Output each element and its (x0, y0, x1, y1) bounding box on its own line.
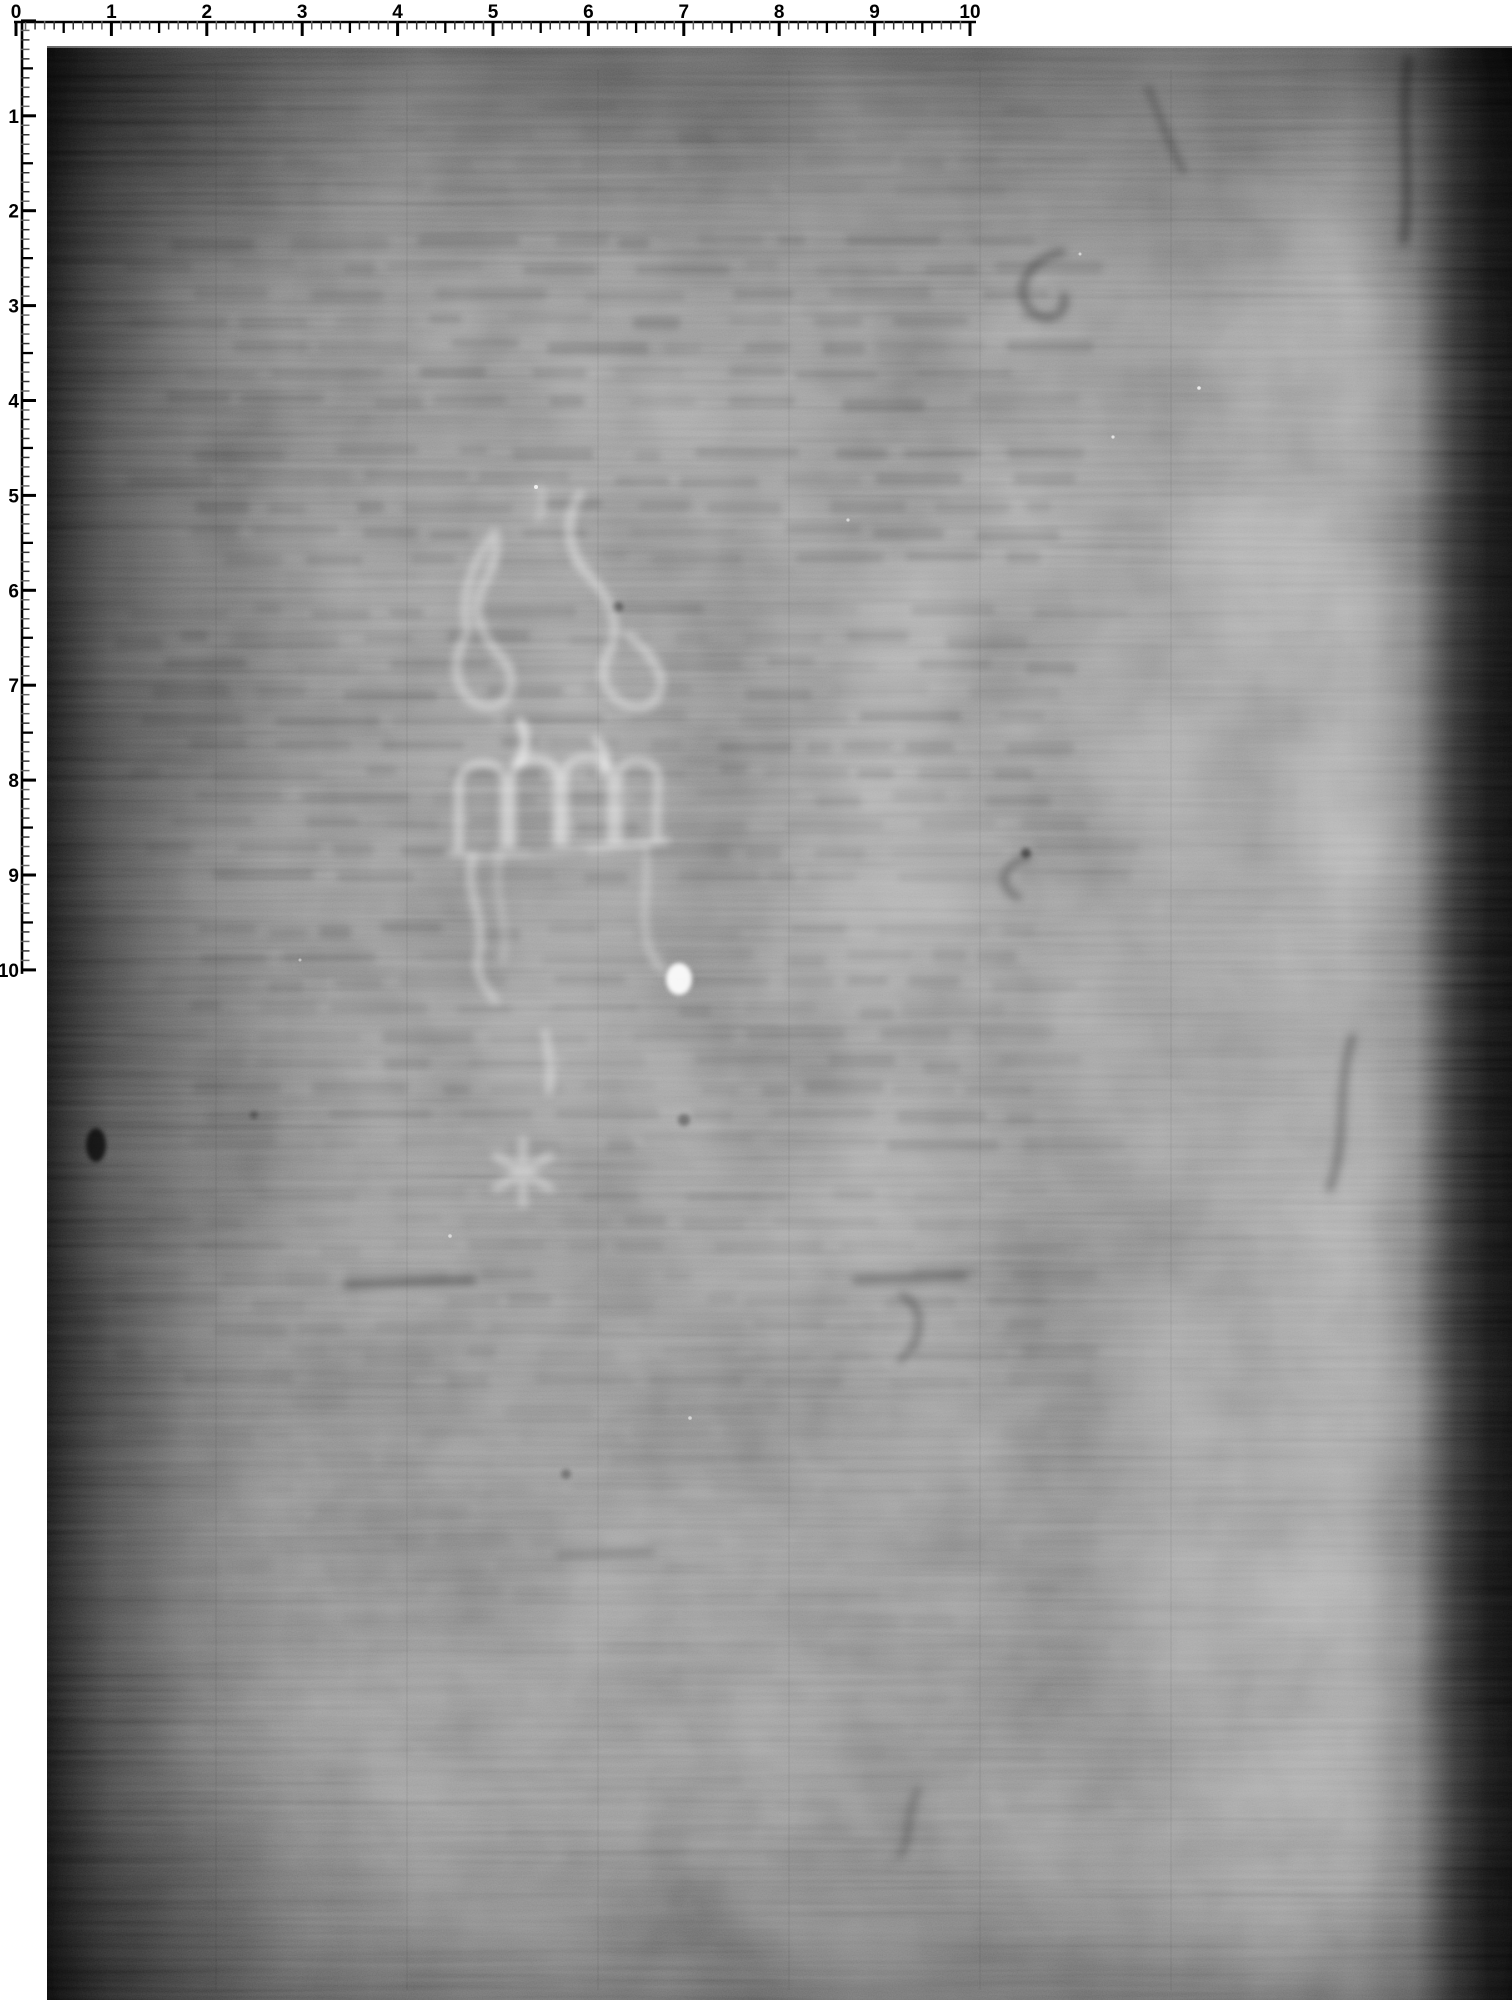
ghost-text-row (118, 1271, 191, 1279)
ghost-text-row (276, 739, 352, 749)
ghost-text-row (459, 446, 487, 455)
ghost-text-row (986, 1296, 1045, 1304)
ghost-text-row (270, 184, 320, 194)
ghost-text-row (768, 1853, 862, 1863)
ghost-text-row (992, 981, 1077, 990)
ghost-text-row (792, 1744, 885, 1757)
ghost-text-row (846, 950, 911, 960)
ghost-text-row (509, 1829, 609, 1839)
ghost-text-row (295, 1399, 347, 1408)
ghost-text-row (230, 259, 293, 268)
ghost-text-row (1018, 869, 1129, 880)
ghost-text-row (390, 660, 490, 669)
ghost-text-row (502, 1453, 602, 1464)
ghost-text-row (360, 154, 404, 164)
ghost-text-row (902, 1506, 973, 1517)
ghost-text-row (769, 1109, 874, 1119)
ghost-text-row (374, 1320, 473, 1330)
ghost-text-row (214, 869, 313, 880)
ghost-text-row (381, 922, 442, 932)
ghost-text-row (230, 1854, 263, 1863)
ghost-text-row (834, 1352, 871, 1362)
ghost-text-row (433, 794, 537, 807)
ghost-text-row (719, 1642, 775, 1654)
ghost-text-row (383, 1457, 493, 1468)
ghost-text-row (769, 869, 795, 881)
ghost-text-row (477, 605, 576, 617)
ruler-label: 1 (106, 2, 117, 23)
ghost-text-row (287, 1827, 368, 1838)
ghost-text-row (212, 1747, 307, 1755)
ghost-text-row (587, 1271, 654, 1282)
ghost-text-row (896, 186, 1007, 197)
ghost-text-row (1007, 340, 1094, 352)
ghost-text-row (325, 1564, 390, 1575)
ghost-text-row (846, 234, 940, 246)
ghost-text-row (692, 1109, 733, 1121)
ghost-text-row (861, 1320, 918, 1330)
ghost-text-row (514, 159, 573, 168)
ghost-text-row (353, 1692, 399, 1704)
ghost-text-row (520, 1432, 624, 1443)
ghost-text-row (411, 554, 456, 565)
ghost-text-row (841, 1241, 914, 1249)
ruler-label: 2 (8, 202, 19, 223)
ghost-text-row (487, 686, 563, 697)
ghost-text-row (141, 714, 244, 726)
ghost-text-row (707, 502, 781, 514)
ghost-text-row (335, 979, 382, 989)
ghost-text-row (334, 844, 374, 856)
ghost-text-row (540, 1744, 591, 1756)
ghost-text-row (643, 1134, 752, 1143)
ghost-text-row (753, 604, 859, 613)
ghost-text-row (183, 1372, 292, 1383)
ghost-text-row (436, 1534, 509, 1546)
ghost-text-row (918, 659, 990, 669)
ghost-text-row (193, 1082, 281, 1093)
ghost-text-row (125, 1030, 208, 1040)
ghost-text-row (615, 476, 669, 485)
ghost-text-row (893, 1085, 954, 1095)
ghost-text-row (1013, 473, 1075, 484)
ghost-text-row (425, 1483, 475, 1492)
ghost-text-row (630, 1404, 665, 1415)
ghost-text-row (878, 925, 988, 937)
ghost-text-row (698, 1851, 729, 1863)
ruler-label: 5 (8, 486, 19, 507)
ghost-text-row (1026, 500, 1051, 512)
ruler-label: 7 (8, 676, 19, 697)
ghost-text-row (114, 1294, 219, 1304)
ghost-text-row (416, 1563, 485, 1572)
ghost-text-row (384, 1058, 430, 1069)
ghost-text-row (195, 791, 282, 800)
ghost-text-row (695, 447, 798, 457)
ghost-text-row (994, 769, 1033, 780)
ghost-text-row (918, 768, 971, 781)
ghost-text-row (651, 554, 742, 565)
ghost-text-row (830, 501, 906, 513)
ghost-text-row (457, 1005, 512, 1014)
ghost-text-row (598, 1299, 656, 1308)
ghost-text-row (822, 1485, 911, 1497)
ghost-text-row (336, 180, 421, 190)
ghost-text-row (752, 1558, 823, 1570)
ghost-text-row (297, 663, 359, 676)
ghost-text-row (955, 1851, 1034, 1862)
ghost-text-row (984, 1825, 1010, 1838)
ghost-text-row (145, 1189, 217, 1198)
ghost-text-row (1034, 609, 1128, 617)
ghost-text-row (207, 1638, 318, 1647)
ghost-text-row (965, 1086, 1032, 1096)
ghost-text-row (665, 1272, 691, 1281)
ghost-text-row (994, 1695, 1088, 1707)
ghost-text-row (984, 1457, 1095, 1466)
ghost-text-row (701, 1086, 739, 1095)
ghost-text-row (150, 1059, 245, 1068)
ghost-text-row (272, 368, 384, 377)
ruler-label: 6 (583, 2, 594, 23)
ghost-text-row (585, 872, 628, 884)
ghost-text-row (435, 288, 546, 300)
ghost-text-row (433, 395, 507, 406)
ghost-text-row (647, 1537, 722, 1550)
ghost-text-row (174, 1850, 216, 1860)
ghost-text-row (823, 342, 865, 355)
ghost-text-row (913, 1349, 1005, 1362)
ghost-text-row (214, 1614, 307, 1627)
ghost-text-row (169, 184, 247, 195)
ghost-text-row (1036, 1564, 1096, 1574)
ghost-text-row (451, 1773, 550, 1781)
ghost-text-row (1008, 1319, 1045, 1331)
ghost-text-row (311, 610, 370, 618)
ghost-text-row (939, 1401, 991, 1410)
ghost-text-row (1021, 819, 1085, 828)
ghost-text-row (234, 341, 309, 353)
ghost-text-row (648, 1374, 743, 1386)
ghost-text-row (714, 1484, 812, 1496)
ghost-text-row (252, 526, 338, 535)
ghost-text-row (1006, 1113, 1034, 1124)
ghost-text-row (200, 1241, 285, 1251)
ghost-text-row (814, 317, 863, 326)
ghost-text-row (662, 1347, 737, 1355)
ruler-label: 1 (8, 107, 19, 128)
ghost-text-row (365, 471, 469, 479)
ghost-text-row (745, 689, 811, 701)
ghost-text-row (805, 155, 891, 165)
ghost-text-row (688, 154, 765, 164)
ghost-text-row (921, 1559, 992, 1568)
ghost-text-row (193, 450, 285, 460)
ghost-text-row (985, 796, 1051, 806)
ghost-text-row (263, 1431, 290, 1441)
ghost-text-row (258, 1034, 361, 1042)
ghost-text-row (239, 394, 324, 403)
ghost-text-row (843, 398, 926, 411)
ghost-text-row (156, 1399, 241, 1411)
ghost-text-row (745, 633, 823, 644)
ghost-text-row (745, 1296, 847, 1307)
ghost-text-row (584, 128, 633, 140)
ruler-label: 6 (8, 581, 19, 602)
ghost-text-row (582, 1585, 665, 1597)
ghost-text-row (948, 1670, 1002, 1680)
ghost-text-row (238, 843, 320, 853)
ghost-text-row (130, 610, 228, 619)
ghost-text-row (420, 366, 487, 377)
ghost-text-row (431, 183, 506, 192)
ghost-text-row (335, 316, 413, 328)
ghost-text-row (1027, 156, 1088, 167)
ghost-text-row (344, 690, 438, 701)
ghost-text-row (479, 471, 569, 482)
ghost-text-row (486, 1484, 537, 1496)
ghost-text-row (1026, 663, 1077, 675)
ghost-text-row (805, 1081, 883, 1093)
ghost-text-row (153, 685, 230, 698)
ghost-text-row (695, 1054, 790, 1063)
ghost-text-row (830, 287, 930, 299)
ghost-text-row (698, 790, 799, 799)
ruler-label: 7 (679, 2, 690, 23)
ghost-text-row (171, 817, 252, 826)
film-grain (47, 46, 1512, 2000)
ghost-text-row (624, 1215, 666, 1227)
ghost-text-row (602, 1640, 685, 1653)
ghost-text-row (726, 1428, 835, 1440)
ghost-text-row (955, 1319, 989, 1328)
ghost-text-row (769, 1135, 878, 1147)
ghost-text-row (871, 1454, 962, 1463)
ghost-text-row (190, 1136, 275, 1146)
ruler-label: 10 (959, 2, 980, 23)
ghost-text-row (1033, 1828, 1125, 1838)
ghost-text-row (834, 1189, 875, 1199)
ghost-text-row (651, 739, 681, 751)
ghost-text-row (447, 1375, 489, 1388)
ghost-text-row (1021, 1536, 1099, 1548)
ghost-text-row (857, 769, 894, 778)
ghost-text-row (259, 1060, 365, 1068)
ghost-text-row (746, 1002, 817, 1015)
ghost-text-row (1039, 1643, 1108, 1653)
ghost-text-row (300, 1854, 361, 1866)
ghost-text-row (393, 1852, 440, 1861)
ghost-text-row (552, 1003, 639, 1011)
ghost-text-row (864, 1771, 939, 1781)
ghost-text-row (547, 183, 651, 195)
ghost-text-row (264, 1484, 293, 1493)
ghost-text-row (1019, 1723, 1086, 1735)
ghost-text-row (130, 767, 159, 778)
ghost-text-row (320, 1246, 360, 1258)
ghost-text-row (300, 1668, 346, 1676)
ghost-text-row (225, 554, 283, 566)
ghost-text-row (946, 1796, 987, 1805)
ghost-text-row (122, 1802, 167, 1812)
ghost-text-row (190, 1002, 221, 1010)
ghost-text-row (208, 1111, 280, 1124)
ghost-text-row (497, 1559, 567, 1571)
ghost-text-row (513, 447, 593, 460)
ghost-text-row (787, 820, 884, 831)
ghost-text-row (497, 558, 571, 568)
ghost-text-row (1008, 447, 1085, 459)
ghost-text-row (934, 1536, 984, 1547)
ghost-text-row (910, 1616, 955, 1627)
ghost-text-row (767, 657, 815, 666)
ghost-text-row (424, 1427, 481, 1439)
ghost-text-row (347, 1745, 411, 1758)
ghost-text-row (876, 473, 962, 485)
ghost-text-row (481, 1269, 533, 1278)
ghost-text-row (345, 1614, 426, 1627)
ghost-text-row (171, 1563, 218, 1575)
ghost-text-row (443, 1085, 470, 1094)
ghost-text-row (822, 1616, 900, 1627)
ghost-text-row (509, 1511, 566, 1520)
ghost-text-row (124, 263, 192, 272)
ghost-text-row (214, 1324, 286, 1337)
ghost-text-row (117, 1349, 143, 1360)
ghost-text-row (683, 1218, 746, 1230)
ghost-text-row (581, 159, 670, 170)
ghost-text-row (328, 1110, 432, 1118)
ghost-text-row (468, 1853, 555, 1861)
ghost-text-row (364, 1352, 435, 1364)
ghost-text-row (372, 1642, 431, 1651)
ghost-text-row (259, 1191, 356, 1202)
ghost-text-row (201, 953, 266, 964)
ghost-text-row (201, 1722, 268, 1734)
ghost-text-row (252, 1299, 305, 1311)
ghost-text-row (631, 398, 697, 406)
ghost-text-row (777, 236, 805, 246)
ghost-text-row (1000, 1054, 1080, 1064)
ghost-text-row (556, 1109, 659, 1118)
ghost-text-row (239, 317, 307, 330)
ghost-text-row (680, 477, 759, 488)
ghost-text-row (702, 1590, 755, 1602)
ghost-text-row (829, 1055, 896, 1067)
ghost-text-row (960, 155, 999, 166)
ghost-text-row (786, 524, 861, 533)
ghost-text-row (572, 1481, 680, 1491)
ghost-text-row (285, 154, 320, 167)
ghost-text-row (325, 1430, 377, 1441)
ghost-text-row (639, 1321, 743, 1331)
ghost-text-row (396, 1533, 425, 1546)
ghost-text-row (306, 817, 359, 826)
ghost-text-row (1008, 1373, 1092, 1386)
ghost-text-row (773, 1218, 876, 1226)
ghost-text-row (935, 502, 1011, 513)
ghost-text-row (977, 951, 1016, 964)
ghost-text-row (580, 1191, 639, 1202)
ruler-label: 2 (202, 2, 213, 23)
ghost-text-row (654, 1827, 754, 1835)
ghost-text-row (1001, 1512, 1098, 1523)
ghost-text-row (686, 1193, 787, 1202)
ghost-text-row (639, 847, 731, 859)
ghost-text-row (440, 1642, 482, 1650)
ghost-text-row (831, 1694, 861, 1705)
ghost-text-row (451, 339, 519, 348)
ghost-text-row (537, 1373, 631, 1386)
ghost-text-row (490, 1323, 600, 1331)
ghost-text-row (676, 1506, 740, 1517)
ghost-text-row (664, 1801, 754, 1814)
ghost-text-row (898, 1586, 1010, 1598)
ghost-text-row (897, 1697, 950, 1707)
ghost-text-row (255, 604, 281, 614)
ghost-text-row (564, 1773, 653, 1786)
ghost-text-row (147, 842, 192, 854)
ghost-text-row (885, 1297, 957, 1309)
ghost-text-row (385, 819, 439, 830)
ghost-text-row (231, 635, 339, 648)
ghost-text-row (901, 157, 944, 170)
ghost-text-row (744, 343, 789, 352)
scan-image (47, 46, 1512, 2000)
ghost-text-row (389, 608, 424, 617)
ghost-text-row (633, 316, 681, 328)
ghost-text-row (313, 1719, 393, 1729)
ghost-text-row (1007, 1801, 1116, 1814)
ghost-text-row (391, 715, 492, 727)
ghost-text-row (522, 529, 587, 538)
ghost-text-row (191, 1507, 220, 1518)
ghost-text-row (715, 1241, 823, 1252)
ghost-text-row (269, 928, 308, 938)
ghost-text-row (897, 1110, 987, 1122)
ghost-text-row (796, 553, 884, 563)
ghost-text-row (292, 237, 390, 249)
ghost-text-row (195, 501, 249, 513)
ghost-text-row (318, 1453, 371, 1464)
ghost-text-row (532, 369, 587, 378)
ghost-text-row (613, 1455, 713, 1466)
ghost-text-row (972, 236, 1035, 246)
ghost-text-row (616, 1240, 664, 1252)
ghost-text-row (923, 1061, 959, 1074)
ghost-text-row (312, 1082, 408, 1094)
ghost-text-row (249, 471, 352, 483)
ghost-text-row (560, 1216, 608, 1229)
ghost-text-row (358, 502, 384, 513)
ruler-label: 8 (8, 771, 19, 792)
ghost-text-row (746, 259, 777, 268)
ghost-text-row (340, 1375, 414, 1387)
ghost-text-row (691, 1744, 750, 1753)
ghost-text-row (676, 631, 709, 644)
ruler-label: 3 (8, 297, 19, 318)
ghost-text-row (565, 1851, 669, 1863)
ghost-text-row (429, 530, 471, 540)
ghost-text-row (653, 659, 742, 669)
ghost-text-row (269, 980, 303, 993)
ghost-text-row (336, 446, 418, 455)
ghost-text-row (818, 1668, 842, 1676)
ghost-text-row (189, 371, 258, 380)
ghost-text-row (1011, 1188, 1047, 1196)
ghost-text-row (256, 686, 306, 697)
ghost-text-row (662, 1693, 731, 1705)
